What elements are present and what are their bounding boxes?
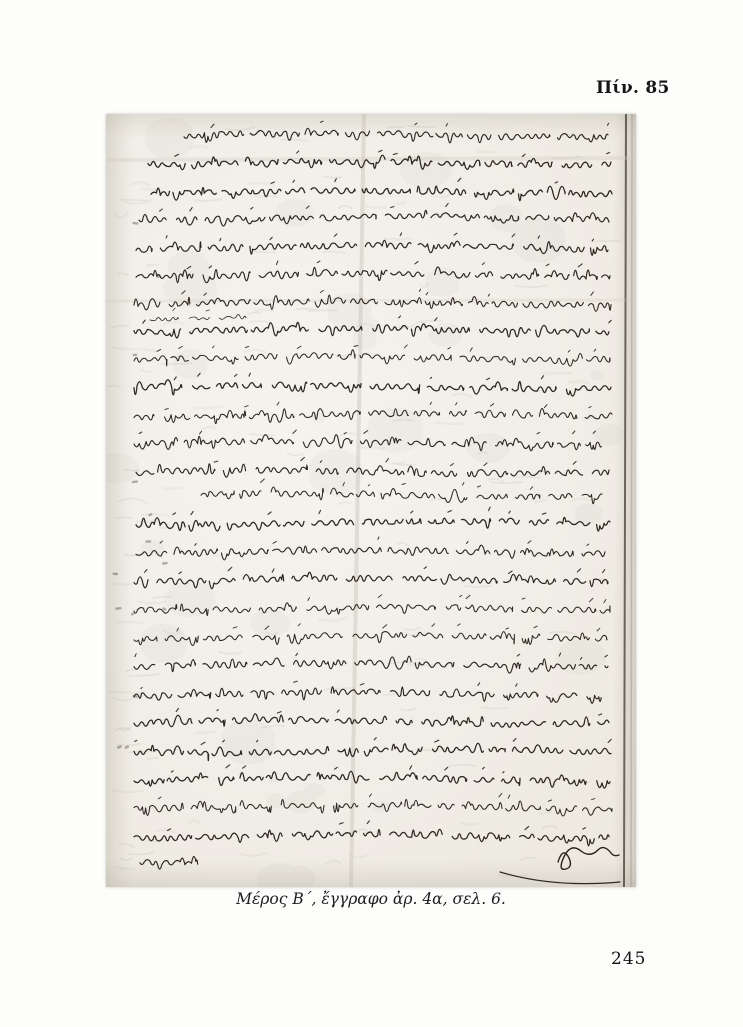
plate-number-label: Πίν. 85 <box>596 78 670 98</box>
book-page: Πίν. 85 Μέρος Β΄, ἔγγραφο ἀρ. 4α, σελ. 6… <box>0 0 743 1027</box>
manuscript-photo <box>106 114 636 887</box>
page-number: 245 <box>611 949 646 969</box>
manuscript-handwriting-rendering <box>106 114 636 887</box>
plate-caption: Μέρος Β΄, ἔγγραφο ἀρ. 4α, σελ. 6. <box>106 890 636 908</box>
